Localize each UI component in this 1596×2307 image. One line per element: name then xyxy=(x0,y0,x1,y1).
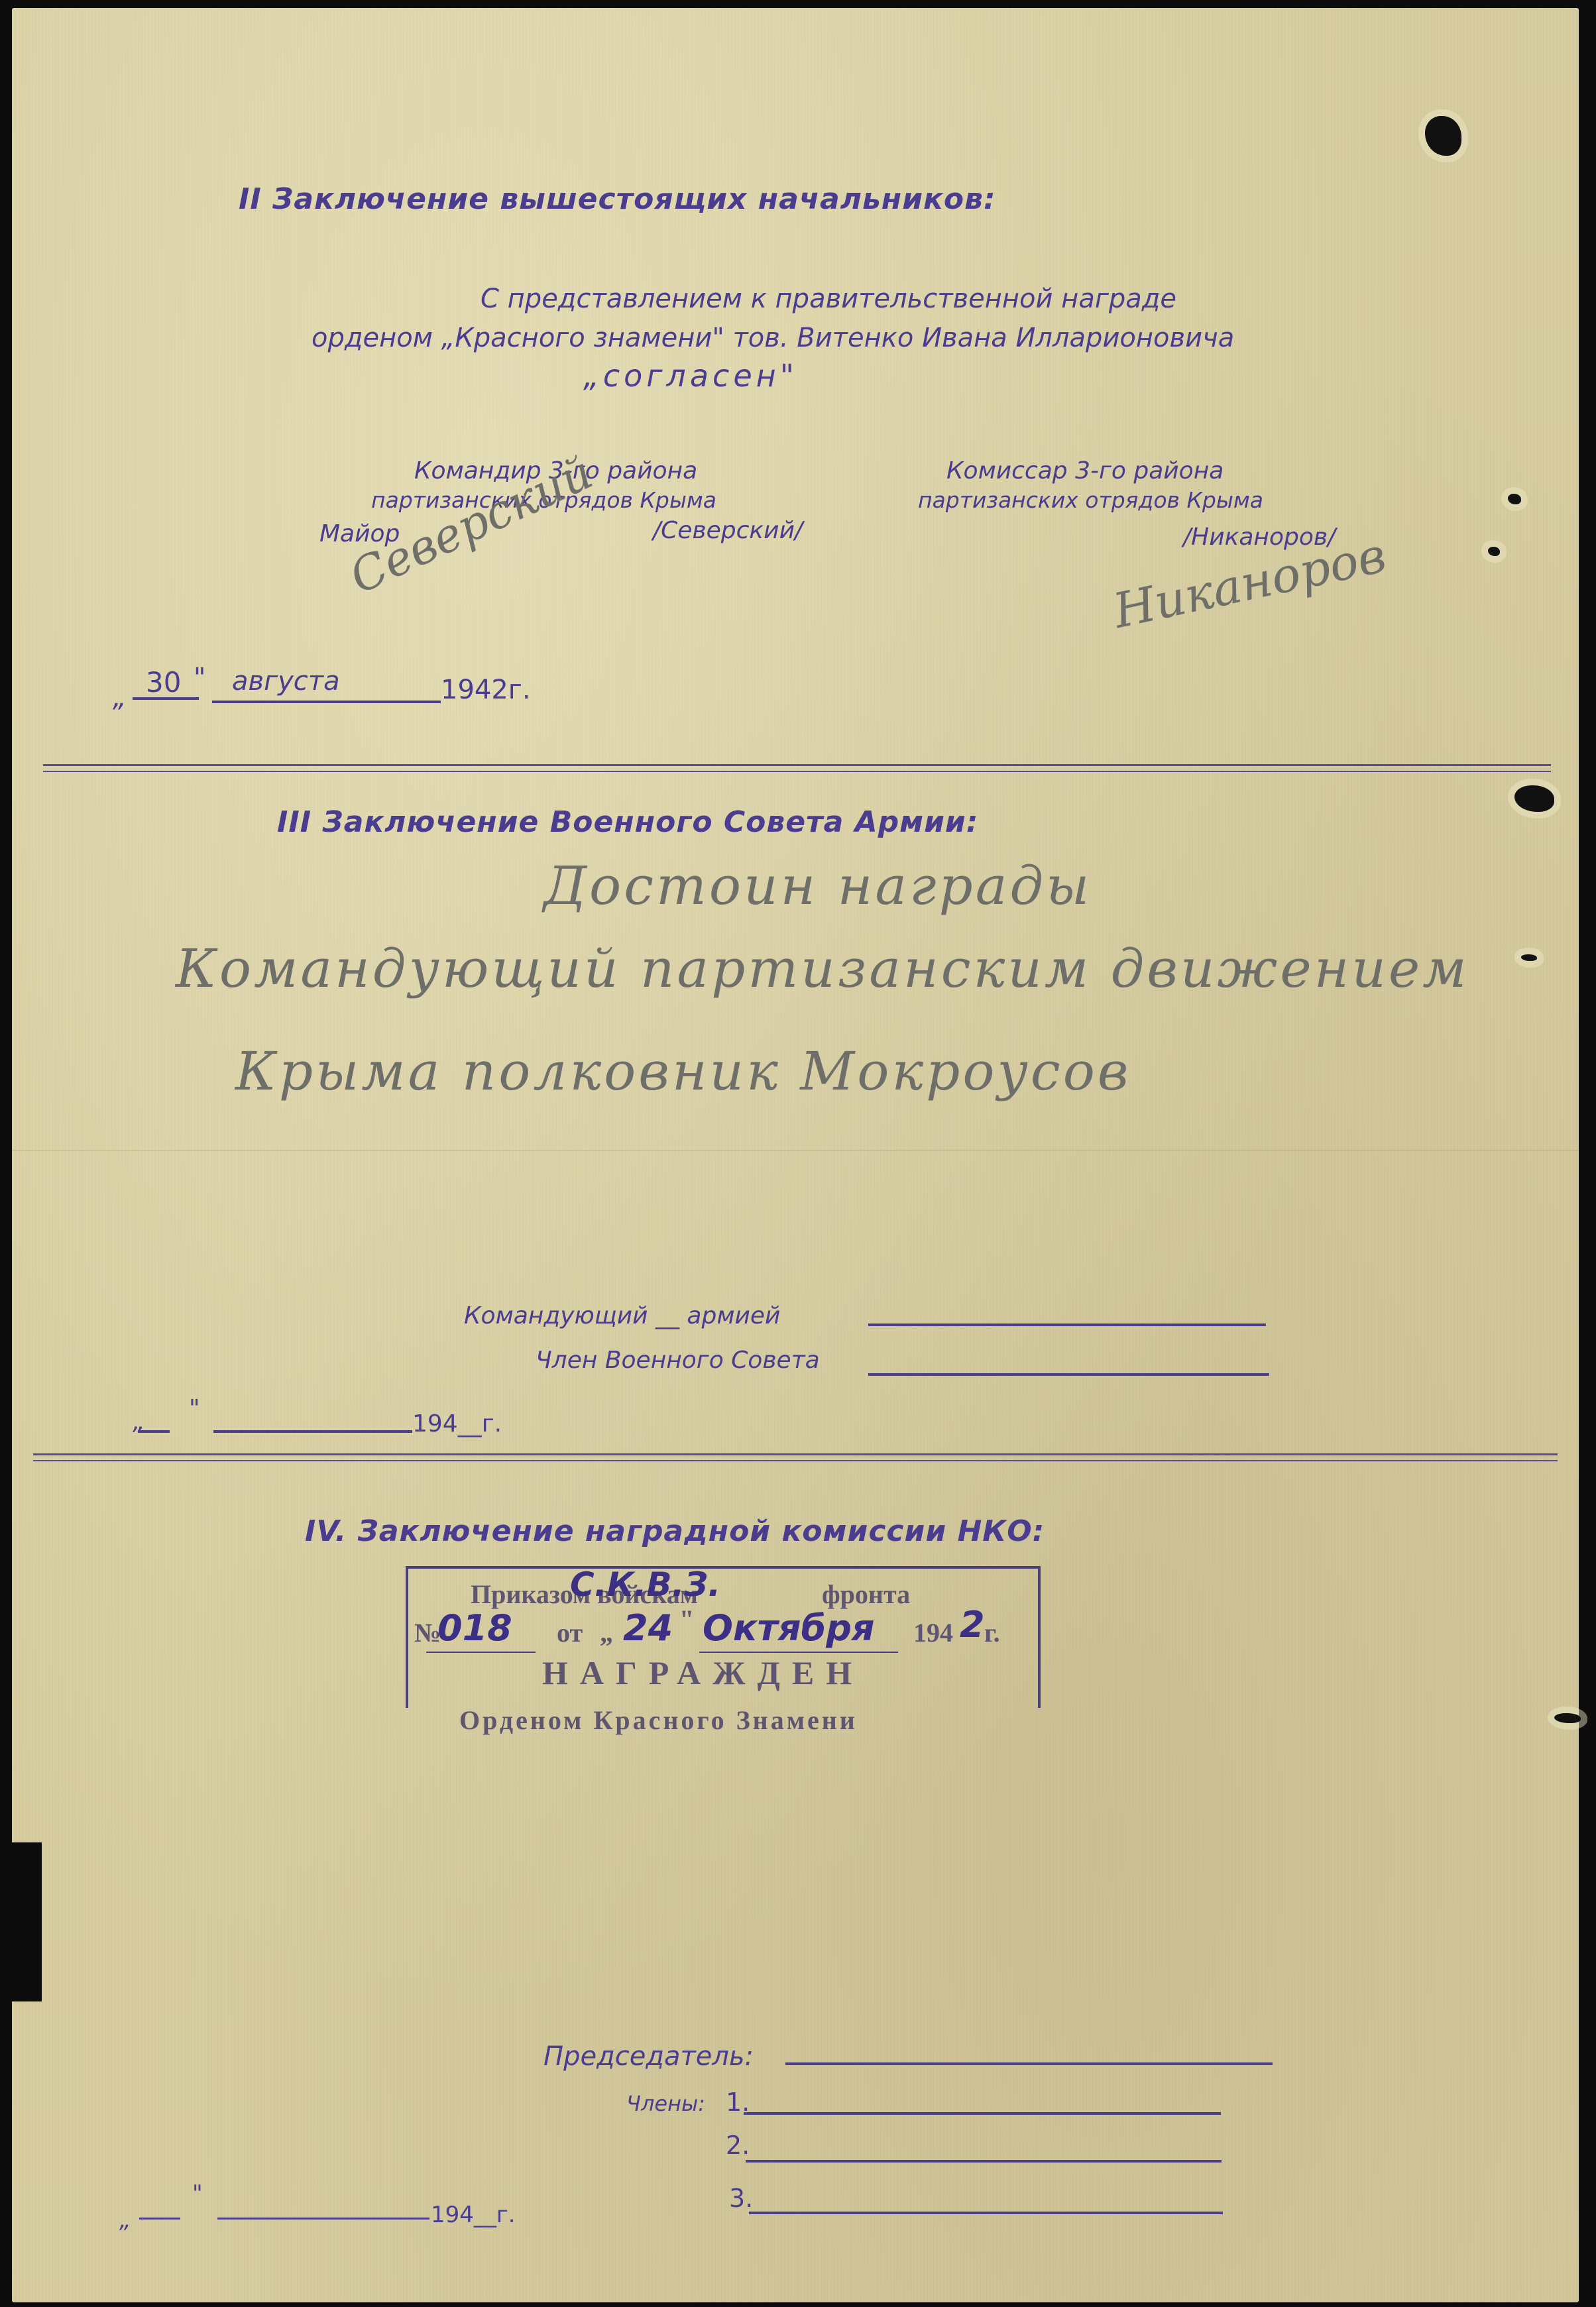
date-quote: " xyxy=(192,2180,203,2207)
paper-fold xyxy=(12,1150,1579,1151)
date-day: 30 xyxy=(146,666,181,699)
date-quote: „ xyxy=(113,683,127,713)
punch-hole xyxy=(1521,954,1537,961)
verdict-text: „согласен" xyxy=(583,358,798,394)
section-heading: II Заключение вышестоящих начальников: xyxy=(239,182,996,216)
commissar-title: Комиссар 3-го района xyxy=(946,457,1224,484)
date-month: августа xyxy=(232,666,340,697)
date-month-blank xyxy=(213,1430,412,1433)
handwritten-resolution: Командующий партизанским движением xyxy=(176,938,1469,999)
chairman-signature-blank xyxy=(785,2062,1273,2065)
member-signature-blank xyxy=(746,2160,1222,2163)
date-quote: " xyxy=(189,1395,200,1422)
stamp-year-suffix: г. xyxy=(984,1617,1000,1648)
section-heading: IV. Заключение наградной комиссии НКО: xyxy=(305,1514,1045,1548)
punch-hole xyxy=(1508,494,1521,504)
punch-hole xyxy=(1488,547,1500,556)
council-member-label: Член Военного Совета xyxy=(536,1347,820,1374)
army-commander-label: Командующий __ армией xyxy=(464,1302,780,1329)
date-year: 1942г. xyxy=(441,675,531,705)
commander-name: /Северский/ xyxy=(653,517,803,544)
stamp-order-month: Октября xyxy=(703,1607,875,1649)
date-year: 194__г. xyxy=(412,1410,502,1437)
date-month-blank xyxy=(212,701,441,703)
stamp-year-filled: 2 xyxy=(960,1604,985,1646)
member-number: 2. xyxy=(726,2131,750,2160)
date-day-blank xyxy=(139,2218,180,2220)
army-commander-signature-blank xyxy=(868,1323,1266,1326)
section-divider xyxy=(33,1453,1558,1461)
stamp-order-number: 018 xyxy=(437,1607,512,1649)
stamp-from-text: от xyxy=(557,1617,583,1648)
date-quote: „ xyxy=(119,2207,131,2233)
member-signature-blank xyxy=(749,2212,1223,2214)
date-month-blank xyxy=(217,2218,429,2220)
member-number: 3. xyxy=(729,2184,753,2213)
recommendation-line: С представлением к правительственной наг… xyxy=(481,284,1176,314)
number-blank xyxy=(426,1652,536,1653)
stamp-year-prefix: 194 xyxy=(913,1617,953,1648)
date-day-blank xyxy=(133,697,199,700)
stamp-front-filled: С.К.В.З. xyxy=(570,1565,720,1604)
members-label: Члены: xyxy=(626,2091,705,2116)
date-quote: " xyxy=(194,663,205,693)
month-blank xyxy=(699,1652,898,1653)
handwritten-resolution: Крыма полковник Мокроусов xyxy=(235,1041,1131,1102)
stamp-awarded: НАГРАЖДЕН xyxy=(542,1654,864,1692)
member-signature-blank xyxy=(744,2112,1221,2115)
date-day-blank xyxy=(138,1430,170,1433)
council-member-signature-blank xyxy=(868,1373,1269,1376)
handwritten-resolution: Достоин награды xyxy=(543,855,1092,917)
stamp-quote: " xyxy=(679,1604,694,1635)
date-year: 194__г. xyxy=(431,2202,516,2228)
stamp-award-name: Орденом Красного Знамени xyxy=(459,1705,858,1736)
stamp-quote: „ xyxy=(600,1617,613,1648)
stamp-order-day: 24 xyxy=(623,1607,673,1649)
chairman-label: Председатель: xyxy=(543,2041,754,2072)
commissar-title: партизанских отрядов Крыма xyxy=(918,487,1263,513)
torn-edge xyxy=(12,1842,42,2001)
section-divider xyxy=(43,764,1551,772)
recommendation-line: орденом „Красного знамени" тов. Витенко … xyxy=(312,323,1234,353)
section-heading: III Заключение Военного Совета Армии: xyxy=(277,805,978,839)
stamp-front-text: фронта xyxy=(822,1579,910,1610)
